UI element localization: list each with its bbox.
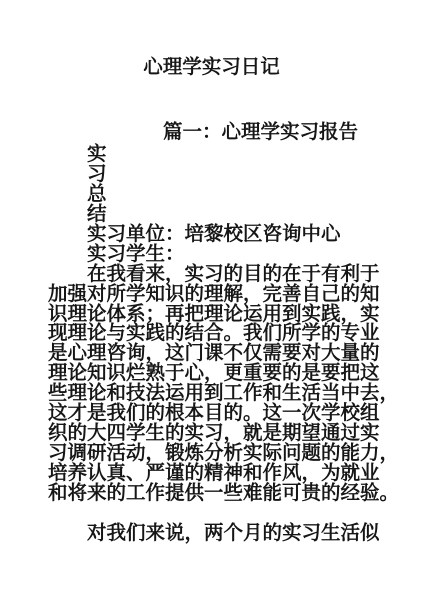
text-line <box>48 504 416 524</box>
text-line: 结 <box>48 205 416 225</box>
document-page: 心理学实习日记 篇一：心理学实习报告 实 习 总 结 实习单位：培黎校区咨询中心… <box>0 0 423 600</box>
text-line-content: 习调研活动，锻炼分析实际问题的能力， <box>48 443 399 464</box>
text-line: 实习学生： <box>48 245 416 265</box>
text-line-content: 实 <box>87 144 107 165</box>
text-line-content: 织的大四学生的实习，就是期望通过实 <box>48 423 380 444</box>
text-line: 习调研活动，锻炼分析实际问题的能力， <box>48 444 416 464</box>
text-line-content: 是心理咨询，这门课不仅需要对大量的 <box>48 343 380 364</box>
text-line-content: 理论知识烂熟于心，更重要的是要把这 <box>48 363 380 384</box>
text-line: 实 <box>48 145 416 165</box>
text-line: 些理论和技法运用到工作和生活当中去， <box>48 384 416 404</box>
document-body: 实 习 总 结 实习单位：培黎校区咨询中心 实习学生： 在我看来，实习的目的在于… <box>48 145 416 544</box>
text-line-content: 现理论与实践的结合。我们所学的专业 <box>48 323 380 344</box>
text-line-content: 加强对所学知识的理解，完善自己的知 <box>48 284 380 305</box>
text-line: 加强对所学知识的理解，完善自己的知 <box>48 285 416 305</box>
text-line-content: 和将来的工作提供一些难能可贵的经验。 <box>48 483 399 504</box>
text-line-content: 些理论和技法运用到工作和生活当中去， <box>48 383 399 404</box>
text-line-content: 识理论体系；再把理论运用到实践，实 <box>48 304 380 325</box>
text-line-content: 实习学生： <box>87 244 185 265</box>
text-line: 对我们来说，两个月的实习生活似 <box>48 524 416 544</box>
text-line: 培养认真、严谨的精神和作风，为就业 <box>48 464 416 484</box>
text-line-content: 实习单位：培黎校区咨询中心 <box>87 224 341 245</box>
text-line-content: 总 <box>87 184 107 205</box>
text-line-content: 对我们来说，两个月的实习生活似 <box>87 523 380 544</box>
text-line-content: 这才是我们的根本目的。这一次学校组 <box>48 403 380 424</box>
text-line: 现理论与实践的结合。我们所学的专业 <box>48 324 416 344</box>
text-line: 这才是我们的根本目的。这一次学校组 <box>48 404 416 424</box>
text-line-content: 结 <box>87 204 107 225</box>
text-line-content: 培养认真、严谨的精神和作风，为就业 <box>48 463 380 484</box>
text-line: 和将来的工作提供一些难能可贵的经验。 <box>48 484 416 504</box>
text-line: 在我看来，实习的目的在于有利于 <box>48 265 416 285</box>
section-heading: 篇一：心理学实习报告 <box>163 121 358 144</box>
text-line-content: 在我看来，实习的目的在于有利于 <box>87 264 380 285</box>
text-line: 理论知识烂熟于心，更重要的是要把这 <box>48 364 416 384</box>
text-line: 识理论体系；再把理论运用到实践，实 <box>48 305 416 325</box>
document-title: 心理学实习日记 <box>0 57 423 79</box>
text-line: 是心理咨询，这门课不仅需要对大量的 <box>48 344 416 364</box>
text-line: 织的大四学生的实习，就是期望通过实 <box>48 424 416 444</box>
text-line: 总 <box>48 185 416 205</box>
text-line: 实习单位：培黎校区咨询中心 <box>48 225 416 245</box>
text-line: 习 <box>48 165 416 185</box>
text-line-content: 习 <box>87 164 107 185</box>
